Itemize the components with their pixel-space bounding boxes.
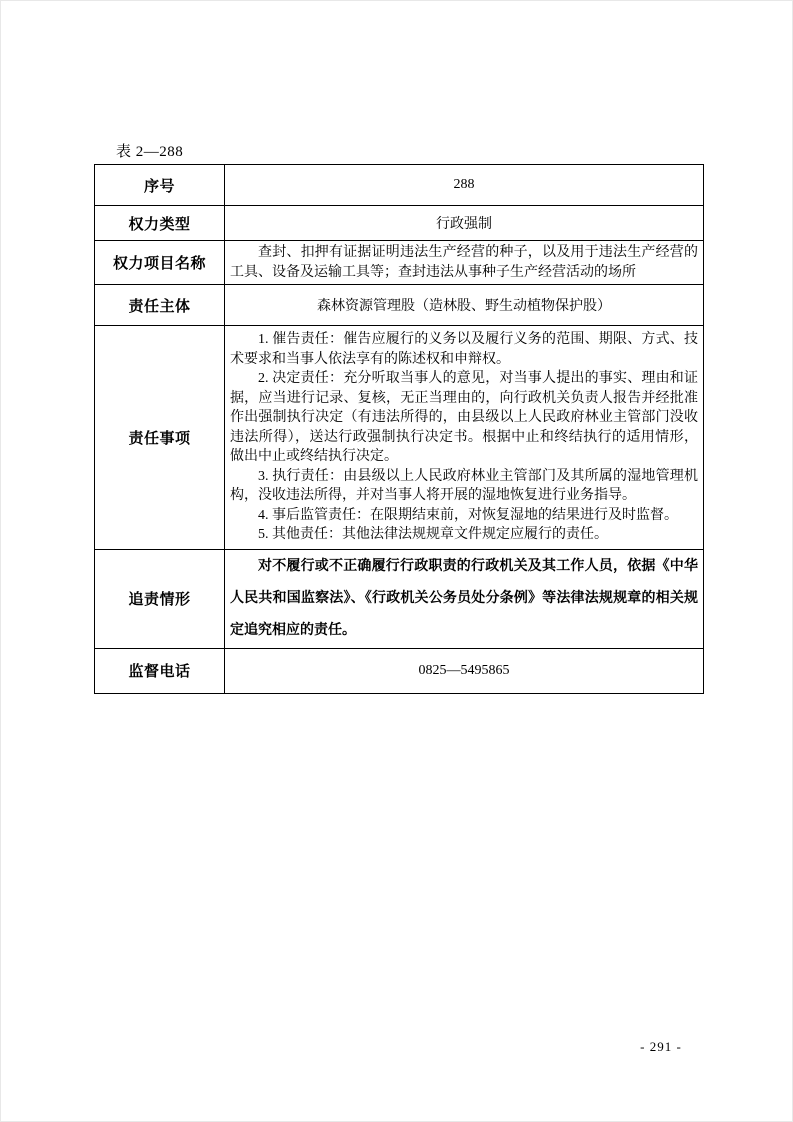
- row-value: 行政强制: [225, 206, 704, 241]
- responsibility-item-2: 2. 决定责任：充分听取当事人的意见，对当事人提出的事实、理由和证据，应当进行记…: [230, 369, 698, 467]
- row-value: 288: [225, 165, 704, 206]
- row-label: 责任事项: [95, 326, 225, 550]
- page-number: - 291 -: [626, 1039, 696, 1055]
- table-row-supervision-phone: 监督电话 0825—5495865: [95, 648, 704, 693]
- row-value: 1. 催告责任：催告应履行的义务以及履行义务的范围、期限、方式、技术要求和当事人…: [225, 326, 704, 550]
- row-label: 追责情形: [95, 549, 225, 648]
- responsibility-item-1: 1. 催告责任：催告应履行的义务以及履行义务的范围、期限、方式、技术要求和当事人…: [230, 330, 698, 369]
- table-row-power-type: 权力类型 行政强制: [95, 206, 704, 241]
- document-page: 表 2—288 序号 288 权力类型 行政强制 权力项目名称 查封、扣押有证据…: [0, 0, 793, 1122]
- table-caption: 表 2—288: [116, 140, 183, 161]
- responsibility-item-5: 5. 其他责任：其他法律法规规章文件规定应履行的责任。: [230, 525, 698, 545]
- table-row-serial-number: 序号 288: [95, 165, 704, 206]
- row-value: 对不履行或不正确履行行政职责的行政机关及其工作人员，依据《中华人民共和国监察法》…: [225, 549, 704, 648]
- row-value: 查封、扣押有证据证明违法生产经营的种子，以及用于违法生产经营的工具、设备及运输工…: [225, 241, 704, 285]
- responsibility-item-3: 3. 执行责任：由县级以上人民政府林业主管部门及其所属的湿地管理机构，没收违法所…: [230, 467, 698, 506]
- table-row-responsibility-items: 责任事项 1. 催告责任：催告应履行的义务以及履行义务的范围、期限、方式、技术要…: [95, 326, 704, 550]
- table-row-power-item-name: 权力项目名称 查封、扣押有证据证明违法生产经营的种子，以及用于违法生产经营的工具…: [95, 241, 704, 285]
- power-item-name-text: 查封、扣押有证据证明违法生产经营的种子，以及用于违法生产经营的工具、设备及运输工…: [230, 243, 698, 283]
- accountability-text: 对不履行或不正确履行行政职责的行政机关及其工作人员，依据《中华人民共和国监察法》…: [230, 551, 698, 647]
- row-value: 0825—5495865: [225, 648, 704, 693]
- row-label: 权力项目名称: [95, 241, 225, 285]
- row-label: 权力类型: [95, 206, 225, 241]
- power-item-table: 序号 288 权力类型 行政强制 权力项目名称 查封、扣押有证据证明违法生产经营…: [94, 164, 704, 694]
- row-value: 森林资源管理股（造林股、野生动植物保护股）: [225, 285, 704, 326]
- row-label: 序号: [95, 165, 225, 206]
- table-row-responsible-body: 责任主体 森林资源管理股（造林股、野生动植物保护股）: [95, 285, 704, 326]
- row-label: 监督电话: [95, 648, 225, 693]
- table-row-accountability: 追责情形 对不履行或不正确履行行政职责的行政机关及其工作人员，依据《中华人民共和…: [95, 549, 704, 648]
- row-label: 责任主体: [95, 285, 225, 326]
- responsibility-item-4: 4. 事后监管责任：在限期结束前，对恢复湿地的结果进行及时监督。: [230, 506, 698, 526]
